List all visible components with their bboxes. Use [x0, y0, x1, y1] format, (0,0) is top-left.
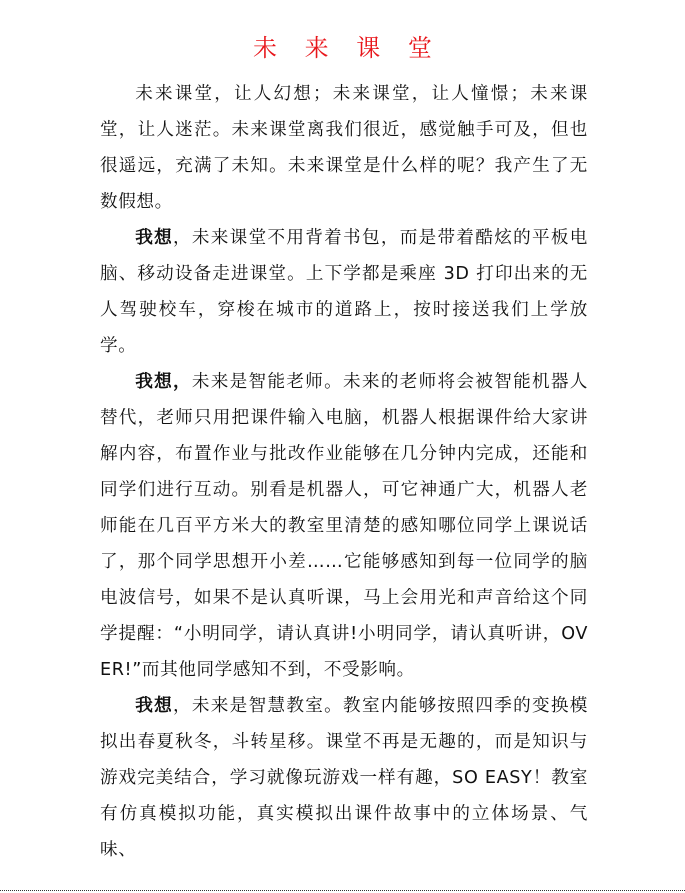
paragraph-lead: 我想	[135, 696, 173, 716]
paragraph-text: ，未来是智慧教室。教室内能够按照四季的变换模拟出春夏秋冬，斗转星移。课堂不再是无…	[100, 696, 588, 860]
paragraph-school-bag: 我想，未来课堂不用背着书包，而是带着酷炫的平板电脑、移动设备走进课堂。上下学都是…	[100, 220, 588, 364]
paragraph-text: 未来课堂，让人幻想；未来课堂，让人憧憬；未来课堂，让人迷茫。未来课堂离我们很近，…	[100, 84, 588, 212]
paragraph-smart-teacher: 我想，未来是智能老师。未来的老师将会被智能机器人替代，老师只用把课件输入电脑，机…	[100, 364, 588, 688]
document-page: 未 来 课 堂 未来课堂，让人幻想；未来课堂，让人憧憬；未来课堂，让人迷茫。未来…	[0, 0, 685, 893]
paragraph-lead: 我想	[135, 228, 173, 248]
paragraph-text: 未来是智能老师。未来的老师将会被智能机器人替代，老师只用把课件输入电脑，机器人根…	[100, 372, 588, 680]
document-body: 未来课堂，让人幻想；未来课堂，让人憧憬；未来课堂，让人迷茫。未来课堂离我们很近，…	[100, 76, 588, 868]
page-bottom-divider	[0, 890, 685, 891]
document-title: 未 来 课 堂	[0, 30, 685, 66]
paragraph-lead: 我想，	[135, 372, 192, 392]
paragraph-intro: 未来课堂，让人幻想；未来课堂，让人憧憬；未来课堂，让人迷茫。未来课堂离我们很近，…	[100, 76, 588, 220]
paragraph-smart-classroom: 我想，未来是智慧教室。教室内能够按照四季的变换模拟出春夏秋冬，斗转星移。课堂不再…	[100, 688, 588, 868]
paragraph-text: ，未来课堂不用背着书包，而是带着酷炫的平板电脑、移动设备走进课堂。上下学都是乘座…	[100, 228, 588, 356]
